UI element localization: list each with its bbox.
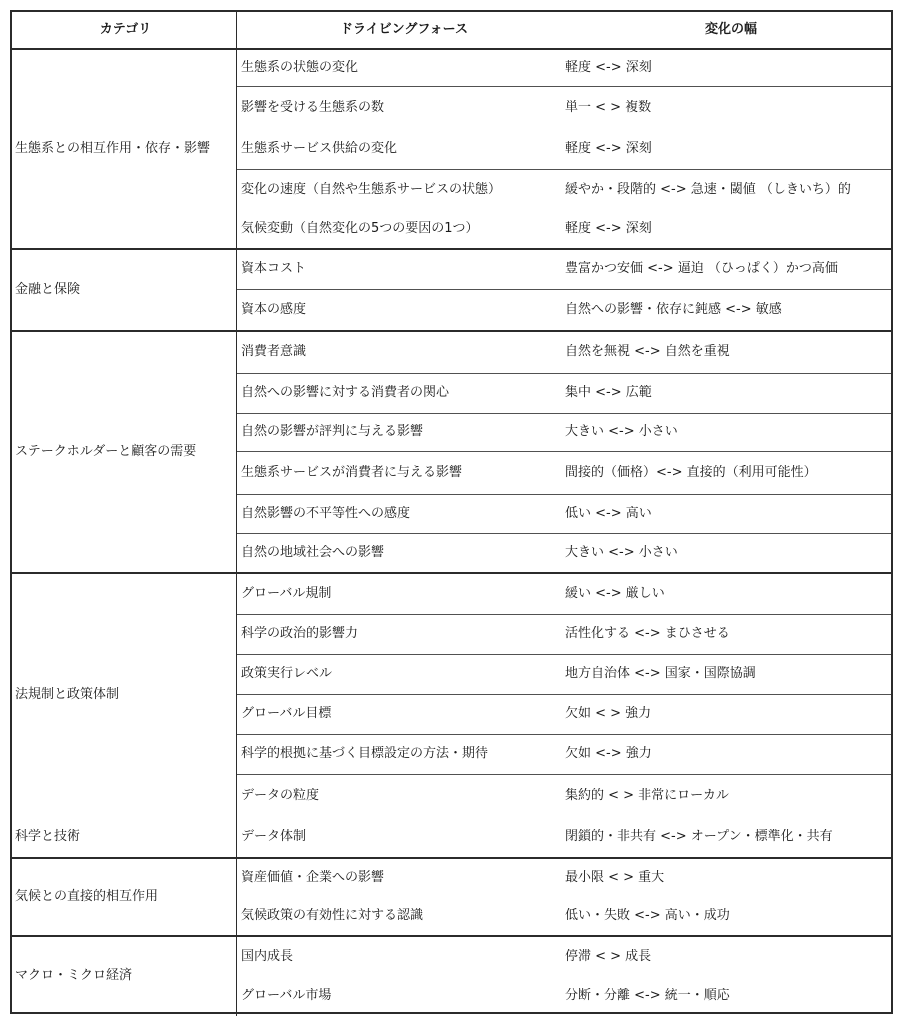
- col-header-category: カテゴリ: [12, 12, 237, 50]
- range-of-change-label: 活性化する <-> まひさせる: [565, 626, 891, 642]
- driving-force-label: グローバル規制: [241, 586, 565, 602]
- driving-force-label: 自然の影響が評判に与える影響: [241, 424, 565, 440]
- range-of-change-label: 緩い <-> 厳しい: [565, 586, 891, 602]
- range-of-change-label: 集約的 < > 非常にローカル: [565, 788, 891, 804]
- driving-force-label: 科学の政治的影響力: [241, 626, 565, 642]
- driving-force-label: 消費者意識: [241, 344, 565, 360]
- col-header-driving-force: ドライビングフォース: [237, 22, 571, 38]
- driving-force-label: 資産価値・企業への影響: [241, 870, 565, 886]
- driving-force-row: 科学の政治的影響力活性化する <-> まひさせる: [237, 615, 891, 655]
- driving-force-label: 資本の感度: [241, 302, 565, 318]
- category-cell: 法規制と政策体制: [12, 574, 237, 817]
- driving-force-row: 生態系の状態の変化軽度 <-> 深刻: [237, 50, 891, 87]
- driving-force-row: 国内成長停滞 < > 成長: [237, 937, 891, 977]
- category-cell: 科学と技術: [12, 817, 237, 859]
- driving-force-row: 影響を受ける生態系の数単一 < > 複数: [237, 87, 891, 130]
- range-of-change-label: 最小限 < > 重大: [565, 870, 891, 886]
- driving-force-row: 政策実行レベル地方自治体 <-> 国家・国際協調: [237, 655, 891, 695]
- col-header-range: 変化の幅: [571, 22, 891, 38]
- range-of-change-label: 軽度 <-> 深刻: [565, 60, 891, 76]
- range-of-change-label: 閉鎖的・非共有 <-> オープン・標準化・共有: [565, 829, 891, 845]
- range-of-change-label: 自然への影響・依存に鈍感 <-> 敏感: [565, 302, 891, 318]
- range-of-change-label: 低い <-> 高い: [565, 506, 891, 522]
- driving-force-label: 変化の速度（自然や生態系サービスの状態）: [241, 182, 565, 198]
- range-of-change-label: 緩やか・段階的 <-> 急速・閾値 （しきいち）的: [565, 182, 891, 198]
- range-of-change-label: 間接的（価格）<-> 直接的（利用可能性）: [565, 465, 891, 481]
- driving-force-row: 気候政策の有効性に対する認識低い・失敗 <-> 高い・成功: [237, 898, 891, 937]
- range-of-change-label: 大きい <-> 小さい: [565, 424, 891, 440]
- driving-force-row: 生態系サービスが消費者に与える影響間接的（価格）<-> 直接的（利用可能性）: [237, 452, 891, 495]
- driving-force-row: グローバル市場分断・分離 <-> 統一・順応: [237, 977, 891, 1016]
- driving-force-label: 影響を受ける生態系の数: [241, 100, 565, 116]
- driving-force-row: データ体制閉鎖的・非共有 <-> オープン・標準化・共有: [237, 817, 891, 859]
- range-of-change-label: 軽度 <-> 深刻: [565, 141, 891, 157]
- driving-force-row: 資本の感度自然への影響・依存に鈍感 <-> 敏感: [237, 290, 891, 332]
- driving-force-label: 気候政策の有効性に対する認識: [241, 908, 565, 924]
- driving-force-row: 資本コスト豊富かつ安価 <-> 逼迫 （ひっぱく）かつ高価: [237, 250, 891, 290]
- range-of-change-label: 欠如 <-> 強力: [565, 746, 891, 762]
- driving-force-row: 自然の地域社会への影響大きい <-> 小さい: [237, 534, 891, 574]
- driving-force-label: 資本コスト: [241, 261, 565, 277]
- driving-force-row: 資産価値・企業への影響最小限 < > 重大: [237, 859, 891, 898]
- range-of-change-label: 停滞 < > 成長: [565, 949, 891, 965]
- col-header-group: ドライビングフォース 変化の幅: [237, 12, 891, 50]
- driving-force-row: 自然影響の不平等性への感度低い <-> 高い: [237, 495, 891, 534]
- range-of-change-label: 単一 < > 複数: [565, 100, 891, 116]
- range-of-change-label: 軽度 <-> 深刻: [565, 221, 891, 237]
- driving-force-label: 自然への影響に対する消費者の関心: [241, 385, 565, 401]
- category-cell: 金融と保険: [12, 250, 237, 332]
- driving-force-row: 科学的根拠に基づく目標設定の方法・期待欠如 <-> 強力: [237, 735, 891, 775]
- driving-force-row: 自然への影響に対する消費者の関心集中 <-> 広範: [237, 374, 891, 414]
- range-of-change-label: 集中 <-> 広範: [565, 385, 891, 401]
- driving-force-row: グローバル目標欠如 < > 強力: [237, 695, 891, 735]
- category-cell: マクロ・ミクロ経済: [12, 937, 237, 1016]
- driving-force-label: データの粒度: [241, 788, 565, 804]
- driving-force-label: 気候変動（自然変化の5つの要因の1つ）: [241, 221, 565, 237]
- data-table: カテゴリ ドライビングフォース 変化の幅 生態系の状態の変化軽度 <-> 深刻影…: [10, 10, 893, 1014]
- driving-force-row: 生態系サービス供給の変化軽度 <-> 深刻: [237, 130, 891, 170]
- range-of-change-label: 大きい <-> 小さい: [565, 545, 891, 561]
- range-of-change-label: 豊富かつ安価 <-> 逼迫 （ひっぱく）かつ高価: [565, 261, 891, 277]
- range-of-change-label: 欠如 < > 強力: [565, 706, 891, 722]
- driving-force-row: 消費者意識自然を無視 <-> 自然を重視: [237, 332, 891, 374]
- driving-force-label: 自然の地域社会への影響: [241, 545, 565, 561]
- driving-force-row: グローバル規制緩い <-> 厳しい: [237, 574, 891, 615]
- range-of-change-label: 自然を無視 <-> 自然を重視: [565, 344, 891, 360]
- driving-force-label: 生態系サービス供給の変化: [241, 141, 565, 157]
- driving-force-label: 科学的根拠に基づく目標設定の方法・期待: [241, 746, 565, 762]
- driving-force-row: 気候変動（自然変化の5つの要因の1つ）軽度 <-> 深刻: [237, 210, 891, 250]
- driving-force-label: 国内成長: [241, 949, 565, 965]
- driving-force-row: データの粒度集約的 < > 非常にローカル: [237, 775, 891, 817]
- category-cell: 気候との直接的相互作用: [12, 859, 237, 937]
- driving-force-label: 生態系サービスが消費者に与える影響: [241, 465, 565, 481]
- driving-force-label: グローバル市場: [241, 988, 565, 1004]
- range-of-change-label: 低い・失敗 <-> 高い・成功: [565, 908, 891, 924]
- driving-force-row: 変化の速度（自然や生態系サービスの状態）緩やか・段階的 <-> 急速・閾値 （し…: [237, 170, 891, 210]
- driving-force-row: 自然の影響が評判に与える影響大きい <-> 小さい: [237, 414, 891, 452]
- driving-force-label: グローバル目標: [241, 706, 565, 722]
- driving-force-label: 政策実行レベル: [241, 666, 565, 682]
- category-cell: 生態系との相互作用・依存・影響: [12, 50, 237, 250]
- driving-force-label: 自然影響の不平等性への感度: [241, 506, 565, 522]
- driving-force-label: データ体制: [241, 829, 565, 845]
- range-of-change-label: 分断・分離 <-> 統一・順応: [565, 988, 891, 1004]
- driving-force-label: 生態系の状態の変化: [241, 60, 565, 76]
- category-cell: ステークホルダーと顧客の需要: [12, 332, 237, 574]
- page: { "header": { "category": "カテゴリ", "drivi…: [0, 0, 900, 1024]
- range-of-change-label: 地方自治体 <-> 国家・国際協調: [565, 666, 891, 682]
